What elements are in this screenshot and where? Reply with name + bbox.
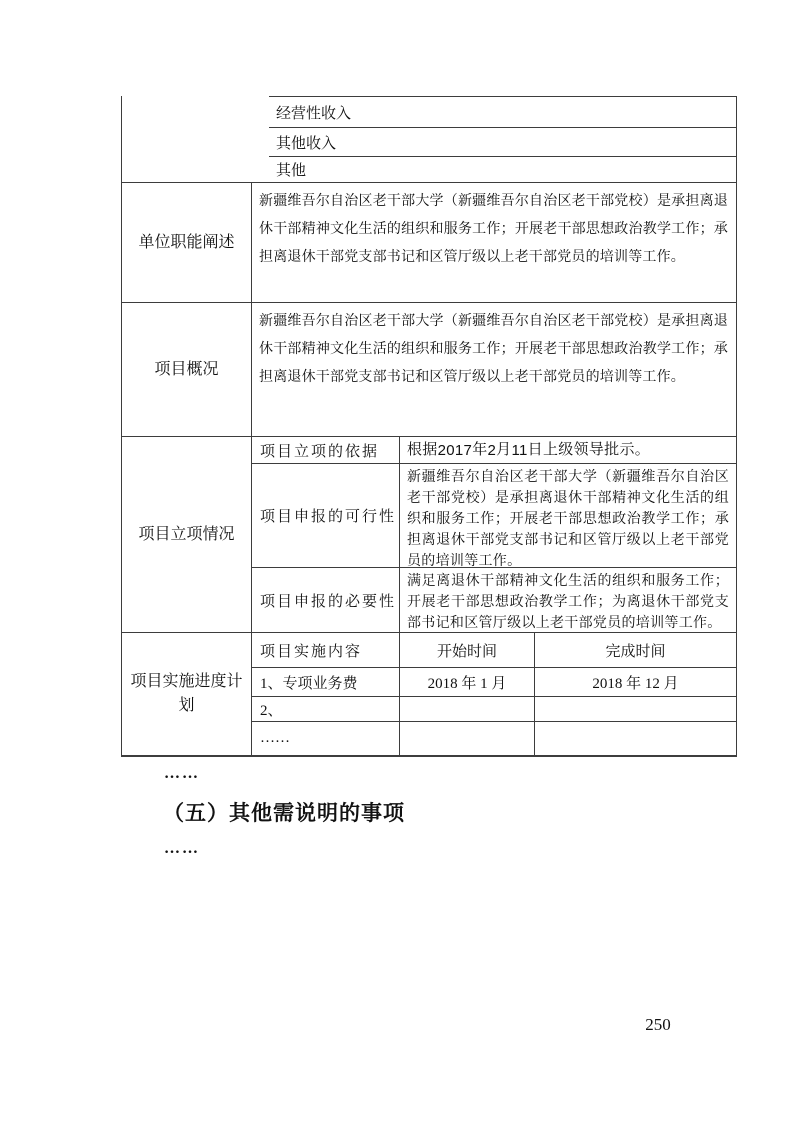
application-necessity-text: 满足离退休干部精神文化生活的组织和服务工作；开展老干部思想政治教学工作；为离退休…	[400, 568, 737, 633]
schedule-item-name: 2、	[252, 697, 400, 722]
section-heading-other-matters: （五）其他需说明的事项	[163, 797, 405, 827]
table-label-cell-empty	[121, 96, 269, 183]
approval-basis-text: 根据2017年2月11日上级领导批示。	[400, 437, 737, 464]
schedule-item-name: ……	[252, 722, 400, 757]
schedule-header-row: 项目实施内容 开始时间 完成时间	[252, 633, 737, 668]
schedule-item-start	[400, 697, 535, 722]
section-label-unit-functions: 单位职能阐述	[121, 183, 252, 303]
table-row-other: 其他	[269, 157, 737, 183]
application-necessity-label: 项目申报的必要性	[252, 568, 400, 633]
application-feasibility-text: 新疆维吾尔自治区老干部大学（新疆维吾尔自治区老干部党校）是承担离退休干部精神文化…	[400, 464, 737, 568]
application-necessity-row: 项目申报的必要性 满足离退休干部精神文化生活的组织和服务工作；开展老干部思想政治…	[252, 568, 737, 633]
schedule-header-start-time: 开始时间	[400, 633, 535, 668]
table-row-other-income: 其他收入	[269, 128, 737, 157]
ellipsis-after-table: ……	[164, 765, 200, 783]
row-label: 其他收入	[276, 132, 336, 153]
schedule-header-content: 项目实施内容	[252, 633, 400, 668]
document-page: 经营性收入 其他收入 其他 单位职能阐述 新疆维吾尔自治区老干部大学（新疆维吾尔…	[0, 0, 793, 1122]
project-info-table: 经营性收入 其他收入 其他 单位职能阐述 新疆维吾尔自治区老干部大学（新疆维吾尔…	[121, 96, 737, 757]
unit-functions-text: 新疆维吾尔自治区老干部大学（新疆维吾尔自治区老干部党校）是承担离退休干部精神文化…	[252, 183, 737, 303]
section-label-project-overview: 项目概况	[121, 303, 252, 437]
schedule-row-ellipsis: ……	[252, 722, 737, 757]
schedule-item-name: 1、专项业务费	[252, 668, 400, 697]
project-overview-text: 新疆维吾尔自治区老干部大学（新疆维吾尔自治区老干部党校）是承担离退休干部精神文化…	[252, 303, 737, 437]
table-row-operating-income: 经营性收入	[269, 96, 737, 128]
table-section-project-overview: 项目概况 新疆维吾尔自治区老干部大学（新疆维吾尔自治区老干部党校）是承担离退休干…	[121, 303, 737, 437]
table-section-implementation-schedule: 项目实施进度计划 项目实施内容 开始时间 完成时间 1、专项业务费 2018 年…	[121, 633, 737, 757]
schedule-item-start: 2018 年 1 月	[400, 668, 535, 697]
table-section-continued: 经营性收入 其他收入 其他	[121, 96, 737, 183]
schedule-row-1: 1、专项业务费 2018 年 1 月 2018 年 12 月	[252, 668, 737, 697]
schedule-row-2: 2、	[252, 697, 737, 722]
schedule-item-finish	[535, 697, 737, 722]
table-section-unit-functions: 单位职能阐述 新疆维吾尔自治区老干部大学（新疆维吾尔自治区老干部党校）是承担离退…	[121, 183, 737, 303]
approval-basis-row: 项目立项的依据 根据2017年2月11日上级领导批示。	[252, 437, 737, 464]
approval-basis-label: 项目立项的依据	[252, 437, 400, 464]
schedule-item-finish	[535, 722, 737, 757]
schedule-item-finish: 2018 年 12 月	[535, 668, 737, 697]
section-label-implementation-schedule: 项目实施进度计划	[121, 633, 252, 757]
application-feasibility-row: 项目申报的可行性 新疆维吾尔自治区老干部大学（新疆维吾尔自治区老干部党校）是承担…	[252, 464, 737, 568]
ellipsis-after-heading: ……	[164, 840, 200, 858]
schedule-header-finish-time: 完成时间	[535, 633, 737, 668]
schedule-item-start	[400, 722, 535, 757]
row-label: 经营性收入	[276, 102, 351, 123]
table-section-project-approval: 项目立项情况 项目立项的依据 根据2017年2月11日上级领导批示。 项目申报的…	[121, 437, 737, 633]
section-label-project-approval: 项目立项情况	[121, 437, 252, 633]
page-number: 250	[630, 1015, 686, 1035]
row-label: 其他	[276, 159, 306, 180]
application-feasibility-label: 项目申报的可行性	[252, 464, 400, 568]
